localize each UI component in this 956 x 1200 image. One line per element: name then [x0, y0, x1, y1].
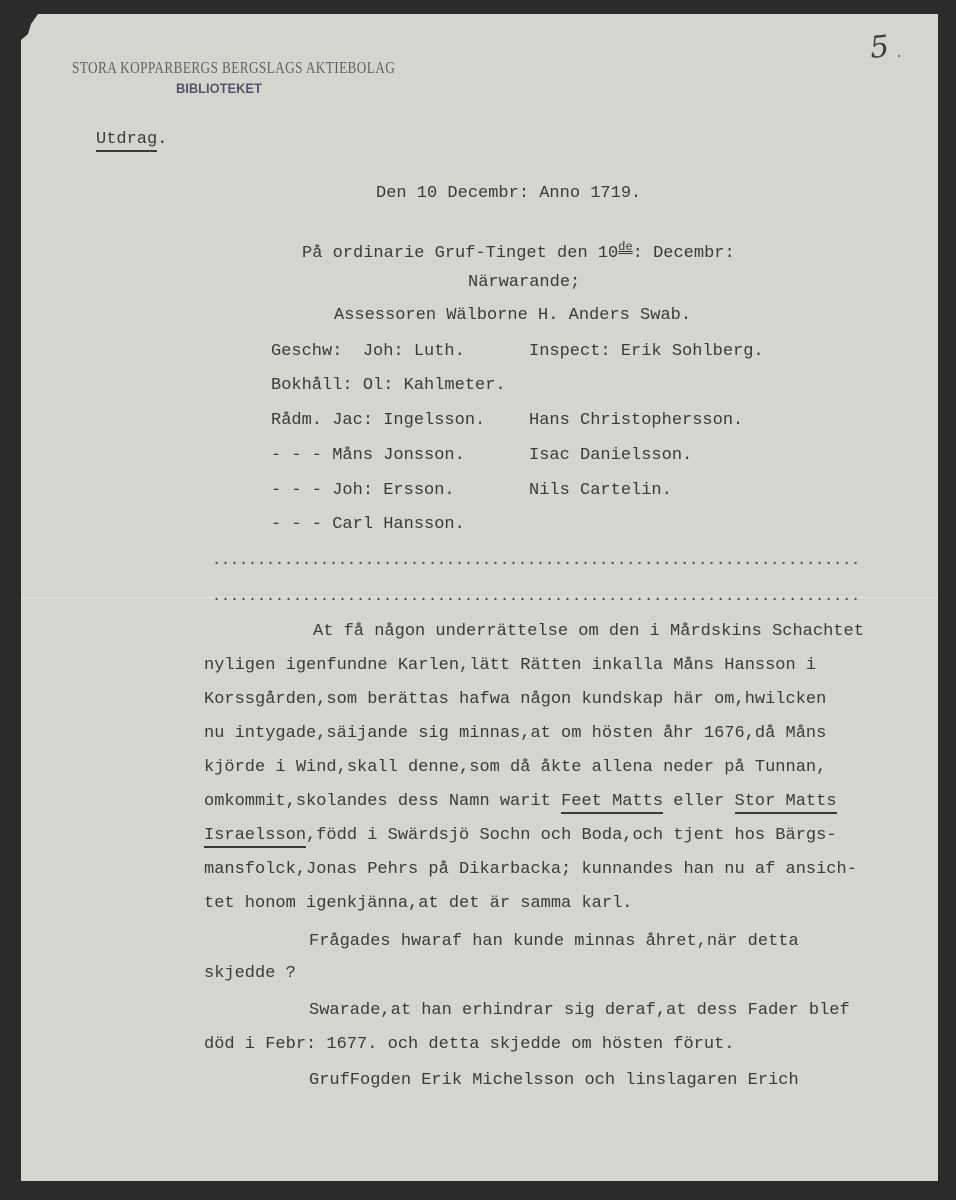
- attendee-left-5: - - - Joh: Ersson.: [271, 481, 455, 501]
- dotted-separator-2: ........................................…: [212, 588, 862, 605]
- body-line: tet honom igenkjänna,at det är samma kar…: [204, 894, 632, 914]
- session-suffix: : Decembr:: [633, 244, 735, 263]
- date-line: Den 10 Decembr: Anno 1719.: [376, 184, 641, 204]
- assessor-line: Assessoren Wälborne H. Anders Swab.: [334, 306, 691, 326]
- attendee-left-1: Geschw: Joh: Luth.: [271, 342, 465, 362]
- letterhead-department-stamp: BIBLIOTEKET: [176, 80, 262, 96]
- present-label: Närwarande;: [468, 273, 580, 293]
- body-line: Swarade,at han erhindrar sig deraf,at de…: [309, 1001, 850, 1021]
- attendee-right-3: Hans Christophersson.: [529, 411, 743, 431]
- session-prefix: På ordinarie Gruf-Tinget den 10: [302, 244, 618, 263]
- body-line: mansfolck,Jonas Pehrs på Dikarbacka; kun…: [204, 860, 857, 880]
- body-line: död i Febr: 1677. och detta skjedde om h…: [204, 1035, 735, 1055]
- body-text: ,född i Swärdsjö Sochn och Boda,och tjen…: [306, 826, 837, 845]
- underlined-name-israelsson: Israelsson: [204, 826, 306, 848]
- page-number-dot: [898, 55, 900, 57]
- page-number: 5: [868, 29, 891, 66]
- body-line-with-name: Israelsson,född i Swärdsjö Sochn och Bod…: [204, 826, 837, 846]
- attendee-left-4: - - - Måns Jonsson.: [271, 446, 465, 466]
- body-line: skjedde ?: [204, 964, 296, 984]
- body-line: Frågades hwaraf han kunde minnas åhret,n…: [309, 932, 799, 952]
- body-line: nu intygade,säijande sig minnas,at om hö…: [204, 724, 826, 744]
- attendee-right-4: Isac Danielsson.: [529, 446, 692, 466]
- underlined-name-stor-matts: Stor Matts: [735, 792, 837, 814]
- underlined-name-feet-matts: Feet Matts: [561, 792, 663, 814]
- attendee-right-5: Nils Cartelin.: [529, 481, 672, 501]
- heading-text: Utdrag: [96, 130, 157, 152]
- session-line: På ordinarie Gruf-Tinget den 10de: Decem…: [302, 237, 735, 264]
- body-text: eller: [663, 792, 734, 811]
- attendee-left-3: Rådm. Jac: Ingelsson.: [271, 411, 485, 431]
- attendee-left-2: Bokhåll: Ol: Kahlmeter.: [271, 376, 506, 396]
- body-line: Korssgården,som berättas hafwa någon kun…: [204, 690, 826, 710]
- body-line: nyligen igenfundne Karlen,lätt Rätten in…: [204, 656, 816, 676]
- body-line: kjörde i Wind,skall denne,som då åkte al…: [204, 758, 826, 778]
- attendee-right-1: Inspect: Erik Sohlberg.: [529, 342, 764, 362]
- heading-period: .: [157, 130, 167, 149]
- body-line: GrufFogden Erik Michelsson och linslagar…: [309, 1071, 799, 1091]
- letterhead-company-stamp: STORA KOPPARBERGS BERGSLAGS AKTIEBOLAG: [72, 58, 395, 78]
- session-ordinal: de: [618, 240, 632, 254]
- attendee-left-6: - - - Carl Hansson.: [271, 515, 465, 535]
- document-heading: Utdrag.: [96, 130, 167, 150]
- body-text: omkommit,skolandes dess Namn warit: [204, 792, 561, 811]
- body-line: At få någon underrättelse om den i Mårds…: [313, 622, 864, 642]
- body-line-with-names: omkommit,skolandes dess Namn warit Feet …: [204, 792, 837, 812]
- dotted-separator-1: ........................................…: [212, 552, 862, 569]
